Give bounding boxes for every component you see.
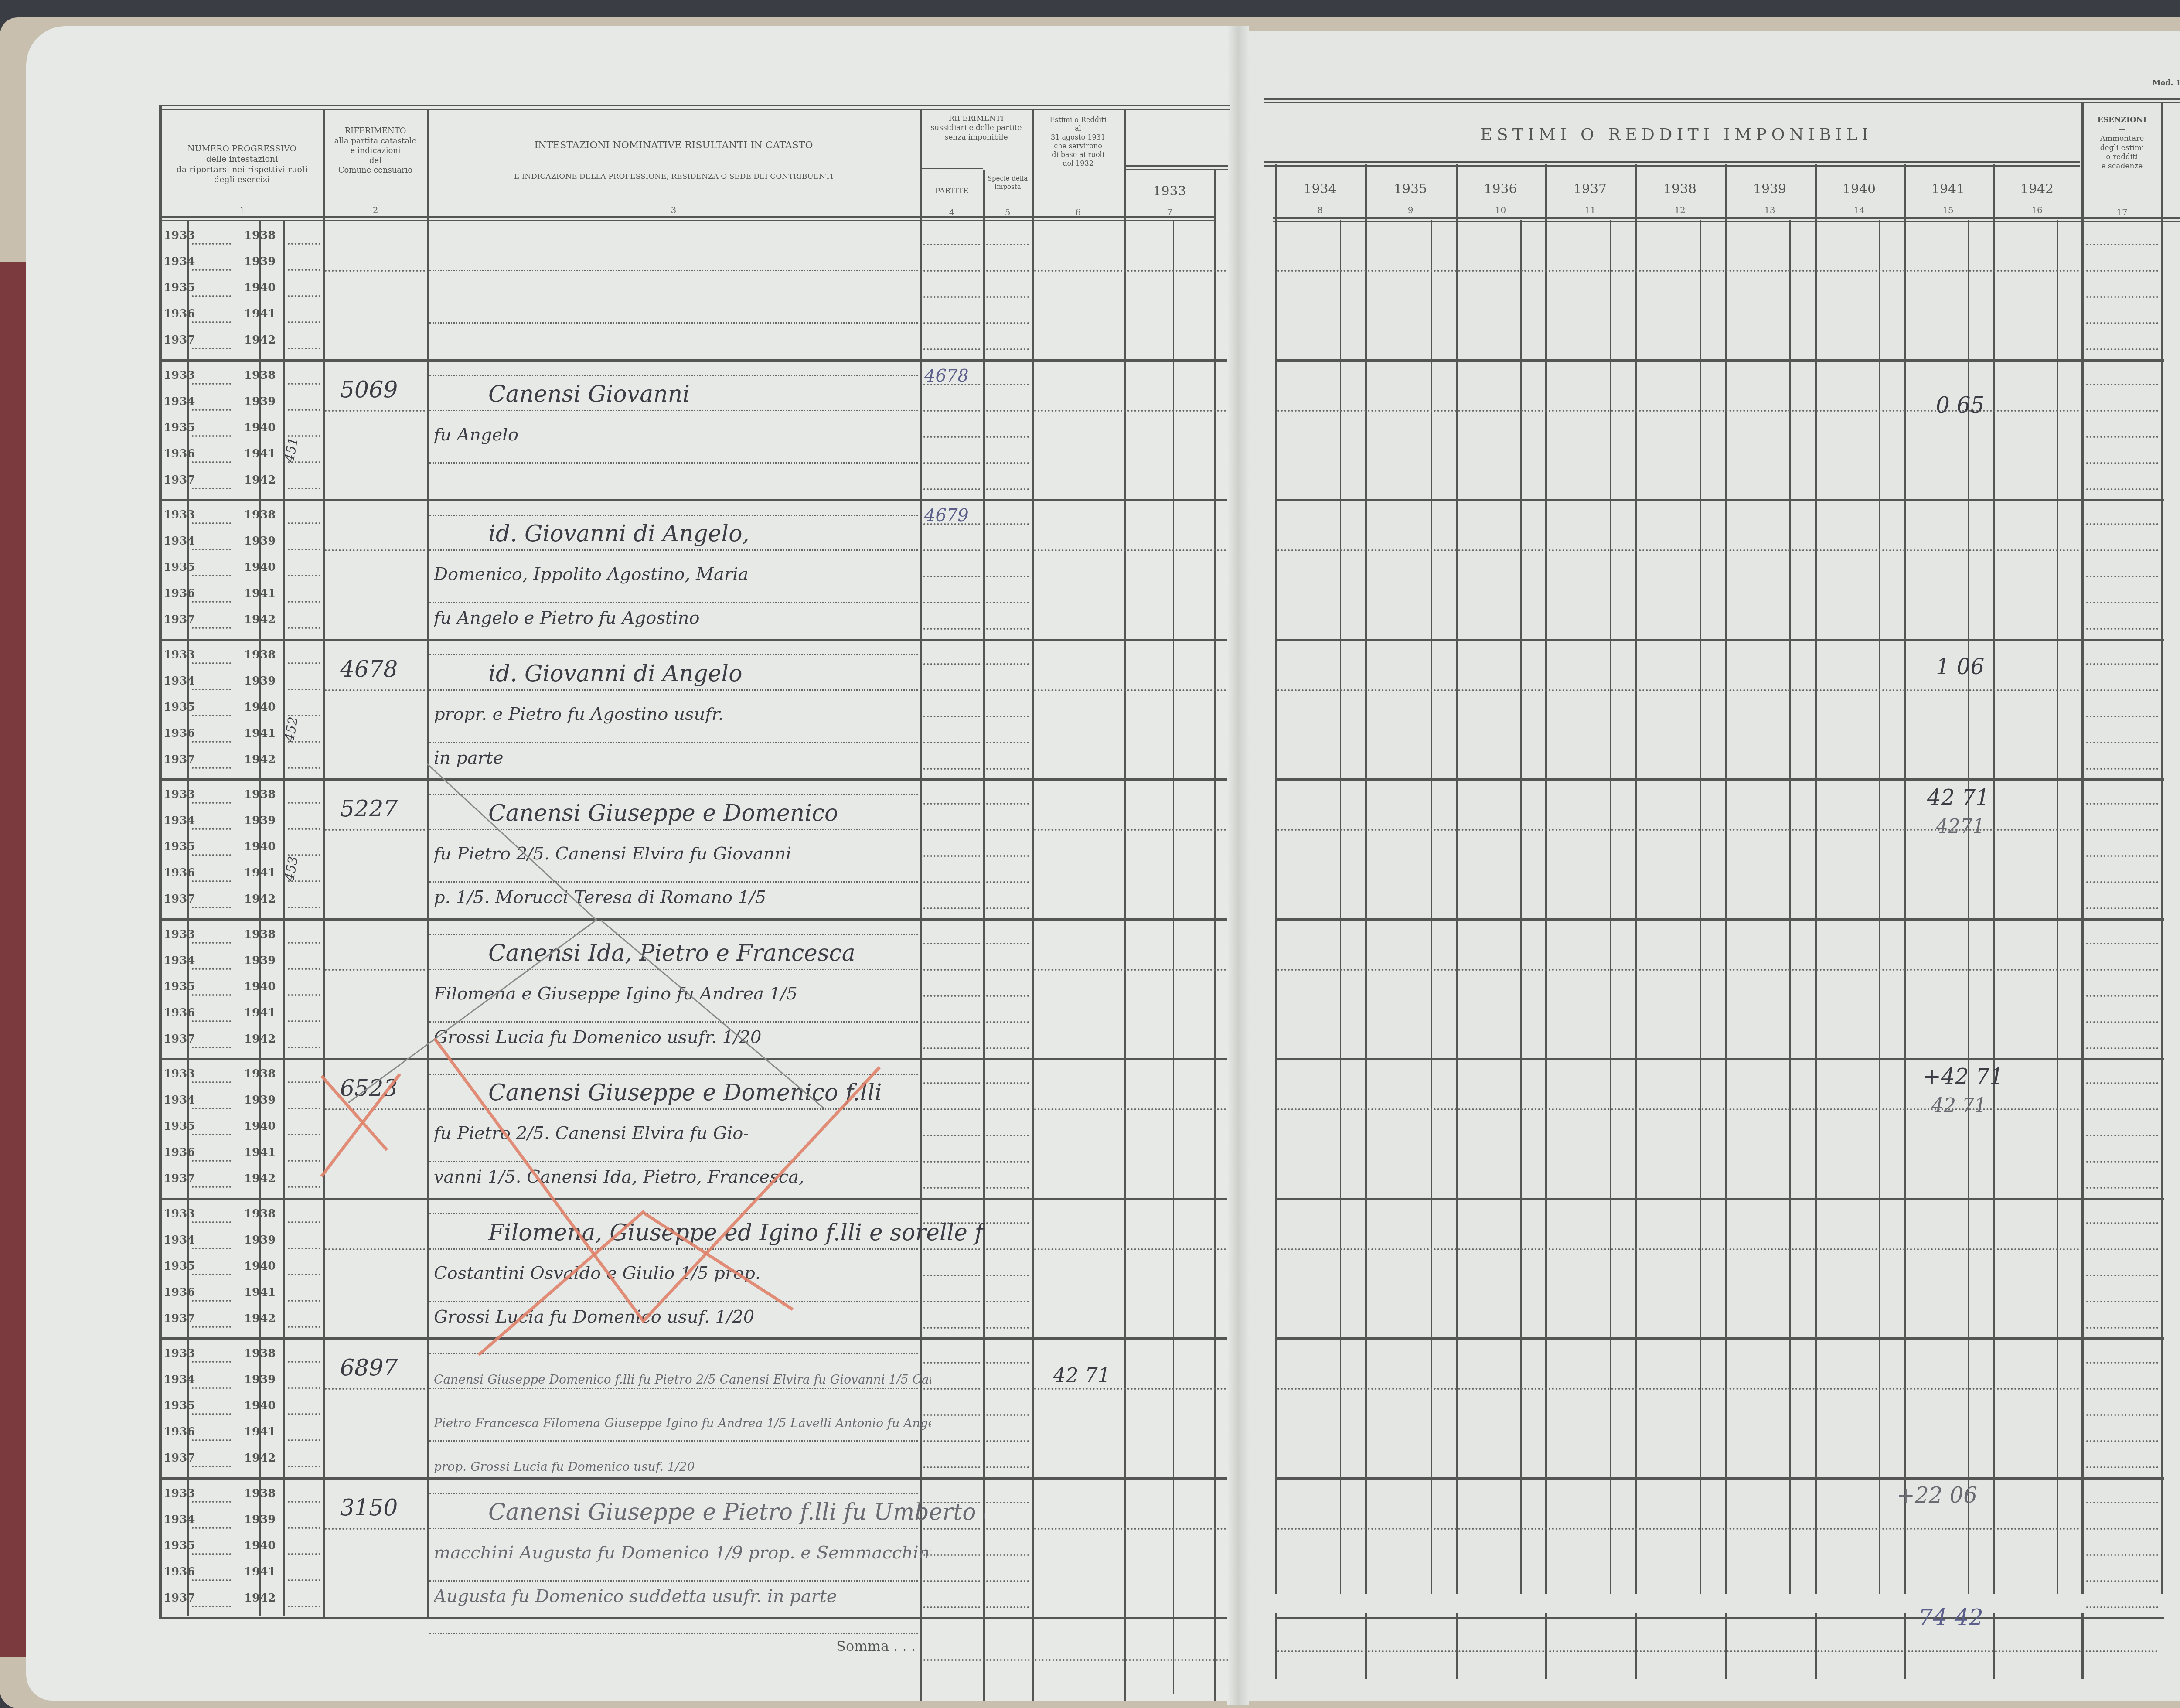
- writing-line: [429, 515, 918, 516]
- year-label: 1938: [244, 369, 276, 382]
- year-label: 1935: [163, 1260, 195, 1273]
- dotted-line: [2086, 1187, 2158, 1189]
- year-label: 1934: [163, 395, 195, 408]
- year-label: 1939: [244, 255, 276, 268]
- year-label: 1942: [244, 753, 276, 766]
- year-label: 1936: [163, 447, 195, 460]
- dotted-line: [2086, 1606, 2158, 1608]
- dotted-line: [2086, 1161, 2158, 1163]
- dotted-line: [1034, 1248, 1226, 1250]
- block-separator: [1275, 1477, 2164, 1480]
- dotted-line: [2086, 1275, 2158, 1276]
- dotted-line: [986, 1161, 1029, 1163]
- dotted-line: [288, 907, 320, 908]
- header-year-1933: 1933: [1125, 183, 1214, 200]
- year-label: 1942: [244, 1592, 276, 1605]
- dotted-line: [2086, 907, 2158, 909]
- year-label: 1935: [163, 281, 195, 294]
- dotted-line: [288, 968, 320, 970]
- year-label: 1934: [163, 1373, 195, 1386]
- intestazione-line: prop. Grossi Lucia fu Domenico usuf. 1/2…: [434, 1459, 695, 1474]
- writing-line: [429, 689, 918, 691]
- year-label: 1942: [244, 613, 276, 626]
- dotted-line: [986, 742, 1029, 743]
- year-label: 1941: [244, 866, 276, 880]
- dotted-line: [2086, 1528, 2158, 1530]
- dotted-line: [2086, 1502, 2158, 1503]
- dotted-line: [1034, 689, 1226, 691]
- dotted-line: [2086, 296, 2158, 298]
- year-label: 1937: [163, 474, 195, 487]
- year-label: 1940: [244, 701, 276, 714]
- intestazione-line: Filomena e Giuseppe Igino fu Andrea 1/5: [434, 984, 797, 1004]
- writing-line: [429, 1528, 918, 1529]
- year-label: 1935: [163, 1399, 195, 1412]
- year-label: 1933: [163, 928, 195, 941]
- year-label: 1939: [244, 535, 276, 548]
- left-border: [159, 105, 162, 1618]
- intestazione-line: Pietro Francesca Filomena Giuseppe Igino…: [434, 1416, 931, 1430]
- dotted-line: [923, 1440, 980, 1442]
- year-header: 1936: [1456, 181, 1545, 198]
- dotted-line: [923, 628, 980, 630]
- dotted-line: [192, 435, 231, 437]
- year-label: 1937: [163, 613, 195, 626]
- dotted-line: [192, 1300, 231, 1302]
- intestazione-line: Augusta fu Domenico suddetta usufr. in p…: [434, 1586, 837, 1606]
- section-title: ESTIMI O REDDITI IMPONIBILI: [1273, 124, 2080, 145]
- dotted-line: [923, 1248, 980, 1250]
- dotted-line: [986, 384, 1029, 385]
- column-number: 14: [1815, 205, 1904, 215]
- dotted-line: [288, 522, 320, 524]
- dotted-line: [986, 348, 1029, 350]
- year-label: 1935: [163, 980, 195, 993]
- dotted-line: [325, 270, 425, 272]
- dotted-line: [986, 829, 1029, 831]
- dotted-line: [986, 768, 1029, 770]
- dotted-line: [986, 1082, 1029, 1084]
- dotted-line: [2086, 488, 2158, 490]
- dotted-line: [2086, 663, 2158, 665]
- year-label: 1941: [244, 587, 276, 600]
- sum-col-divider: [1635, 1613, 1637, 1679]
- year-label: 1934: [163, 255, 195, 268]
- dotted-line: [2086, 742, 2158, 743]
- year-col-divider: [1456, 164, 1458, 1594]
- dotted-line: [288, 1387, 320, 1389]
- dotted-line: [288, 1553, 320, 1555]
- dotted-line: [986, 716, 1029, 717]
- dotted-line: [288, 1134, 320, 1135]
- dotted-line: [923, 969, 980, 971]
- writing-line: [429, 1440, 918, 1442]
- dotted-line: [986, 803, 1029, 805]
- dotted-line: [192, 1606, 231, 1607]
- dotted-line: [923, 1388, 980, 1390]
- year-header: 1939: [1725, 181, 1815, 198]
- dotted-line: [325, 1248, 425, 1250]
- header-esenzioni: ESENZIONI — Ammontare degli estimi o red…: [2083, 116, 2161, 171]
- dotted-line: [923, 410, 980, 412]
- dotted-line: [923, 907, 980, 909]
- dotted-line: [192, 1501, 231, 1503]
- intestazione-line: fu Pietro 2/5. Canensi Elvira fu Gio-: [434, 1123, 749, 1143]
- year-label: 1938: [244, 648, 276, 661]
- dotted-line: [1034, 1528, 1226, 1530]
- dotted-line: [192, 295, 231, 297]
- column-number: 1: [161, 205, 323, 215]
- year-label: 1939: [244, 954, 276, 967]
- dotted-line: [986, 907, 1029, 909]
- dotted-line: [288, 1300, 320, 1302]
- year-col-divider: [1635, 164, 1637, 1594]
- dotted-line: [2086, 348, 2158, 350]
- dotted-line: [2086, 943, 2158, 944]
- dotted-line: [288, 383, 320, 385]
- dotted-line: [2086, 1388, 2158, 1390]
- writing-line: [429, 410, 918, 411]
- column-number: 2: [325, 205, 426, 215]
- year-label: 1935: [163, 421, 195, 434]
- header-intestazioni-sub: E INDICAZIONE DELLA PROFESSIONE, RESIDEN…: [429, 172, 918, 181]
- dotted-line: [2086, 244, 2158, 245]
- dotted-line: [986, 969, 1029, 971]
- dotted-line: [923, 1161, 980, 1163]
- dotted-line: [1034, 829, 1226, 831]
- dotted-line: [1277, 689, 2080, 691]
- year-header: 1940: [1815, 181, 1904, 198]
- dotted-line: [923, 1414, 980, 1416]
- writing-line: [429, 829, 918, 830]
- year-col-divider: [1815, 164, 1817, 1594]
- dotted-line: [1034, 1388, 1226, 1390]
- dotted-line: [288, 295, 320, 297]
- year-label: 1938: [244, 229, 276, 242]
- year-label: 1938: [244, 1207, 276, 1220]
- dotted-line: [923, 1021, 980, 1023]
- dotted-line: [288, 488, 320, 489]
- year-label: 1936: [163, 866, 195, 880]
- dotted-line: [2086, 628, 2158, 630]
- dotted-line: [2086, 1248, 2158, 1250]
- dotted-line: [923, 995, 980, 997]
- header-riferimenti: RIFERIMENTI sussidiari e delle partite s…: [921, 114, 1032, 142]
- dotted-line: [288, 348, 320, 349]
- col-divider: [2161, 102, 2163, 1594]
- block-separator: [159, 1198, 1227, 1200]
- dotted-line: [192, 1579, 231, 1581]
- year-label: 1941: [244, 1425, 276, 1439]
- year-label: 1937: [163, 1172, 195, 1185]
- dotted-line: [986, 244, 1029, 245]
- writing-line: [429, 881, 918, 883]
- value-1941: +42 71: [1923, 1064, 2003, 1089]
- writing-line: [429, 969, 918, 970]
- dotted-line: [192, 1047, 231, 1048]
- dotted-line: [986, 663, 1029, 665]
- dotted-line: [2086, 1440, 2158, 1442]
- dotted-line: [2086, 1466, 2158, 1468]
- year-header: 1934: [1275, 181, 1365, 198]
- riferimento-number: 5227: [340, 796, 398, 822]
- dotted-line: [986, 1606, 1029, 1608]
- column-number: 10: [1456, 205, 1545, 215]
- dotted-line: [1277, 270, 2080, 272]
- dotted-line: [2086, 1135, 2158, 1136]
- year-col-divider: [1545, 164, 1547, 1594]
- dotted-line: [288, 1579, 320, 1581]
- column-number: 16: [1993, 205, 2081, 215]
- intestazione-line: propr. e Pietro fu Agostino usufr.: [434, 704, 723, 724]
- dotted-line: [986, 1248, 1029, 1250]
- column-number: 8: [1275, 205, 1365, 215]
- block-separator: [159, 639, 1227, 641]
- col-divider: [2081, 102, 2084, 1594]
- column-number: 9: [1365, 205, 1456, 215]
- dotted-line: [2086, 803, 2158, 805]
- year-label: 1941: [244, 727, 276, 740]
- dotted-line: [192, 1466, 231, 1467]
- intestazione-line: id. Giovanni di Angelo,: [488, 521, 749, 547]
- dotted-line: [986, 1414, 1029, 1416]
- writing-line: [429, 1301, 918, 1302]
- year-label: 1938: [244, 928, 276, 941]
- year-label: 1939: [244, 395, 276, 408]
- writing-line: [429, 1161, 918, 1162]
- intestazione-line: Canensi Giuseppe Domenico f.lli fu Pietr…: [434, 1372, 931, 1387]
- dotted-line: [288, 1047, 320, 1048]
- column-number: 11: [1545, 205, 1635, 215]
- year-label: 1933: [163, 1207, 195, 1220]
- writing-line: [429, 322, 918, 324]
- right-page: [1238, 31, 2180, 1701]
- dotted-line: [288, 243, 320, 245]
- dotted-line: [986, 322, 1029, 324]
- year-label: 1939: [244, 1513, 276, 1526]
- dotted-line: [2086, 1047, 2158, 1049]
- dotted-line: [288, 409, 320, 411]
- year-label: 1940: [244, 561, 276, 574]
- dotted-line: [192, 802, 231, 804]
- dotted-line: [288, 994, 320, 996]
- block-separator: [159, 499, 1227, 501]
- dotted-line: [288, 1221, 320, 1223]
- dotted-line: [192, 549, 231, 550]
- column-number: 3: [429, 205, 918, 215]
- dotted-line: [2086, 768, 2158, 770]
- dotted-line: [192, 488, 231, 489]
- year-label: 1936: [163, 1286, 195, 1299]
- writing-line: [429, 1353, 918, 1354]
- dotted-line: [288, 435, 320, 437]
- estimi-value: 42 71: [1053, 1364, 1110, 1387]
- dotted-line: [986, 855, 1029, 857]
- year-label: 1933: [163, 1487, 195, 1500]
- dotted-line: [288, 1081, 320, 1083]
- col-divider: [1214, 170, 1216, 1701]
- year-label: 1933: [163, 1067, 195, 1081]
- writing-line: [429, 1108, 918, 1110]
- cents-divider: [1173, 220, 1174, 1694]
- dotted-line: [986, 1021, 1029, 1023]
- dotted-line: [986, 1327, 1029, 1329]
- value-1941-extra: 4271: [1936, 815, 1985, 838]
- dotted-line: [923, 943, 980, 944]
- dotted-line: [192, 880, 231, 882]
- year-label: 1935: [163, 701, 195, 714]
- dotted-line: [192, 321, 231, 323]
- dotted-line: [986, 488, 1029, 490]
- dotted-line: [923, 488, 980, 490]
- dotted-line: [986, 1388, 1029, 1390]
- year-label: 1935: [163, 1539, 195, 1552]
- writing-line: [429, 270, 918, 271]
- intestazione-line: Canensi Giuseppe e Domenico: [488, 800, 838, 826]
- dotted-line: [986, 881, 1029, 883]
- year-label: 1936: [163, 587, 195, 600]
- dotted-line: [325, 1528, 425, 1530]
- block-separator: [1275, 499, 2164, 501]
- year-label: 1940: [244, 1399, 276, 1412]
- dotted-line: [923, 1187, 980, 1189]
- writing-line: [429, 1633, 918, 1634]
- year-label: 1941: [244, 1286, 276, 1299]
- dotted-line: [2086, 829, 2158, 831]
- dotted-line: [986, 943, 1029, 944]
- dotted-line: [923, 270, 980, 272]
- dotted-line: [923, 716, 980, 717]
- year-label: 1936: [163, 1006, 195, 1019]
- year-label: 1941: [244, 447, 276, 460]
- dotted-line: [288, 549, 320, 550]
- writing-line: [429, 794, 918, 795]
- dotted-line: [288, 715, 320, 716]
- dotted-line: [288, 1439, 320, 1441]
- year-label: 1941: [244, 1565, 276, 1578]
- dotted-line: [2086, 410, 2158, 412]
- dotted-line: [986, 1135, 1029, 1136]
- dotted-line: [2086, 1362, 2158, 1364]
- year-label: 1936: [163, 307, 195, 320]
- dotted-line: [923, 348, 980, 350]
- column-number: 18: [2163, 207, 2180, 218]
- intestazione-line: Canensi Ida, Pietro e Francesca: [488, 940, 855, 966]
- year-label: 1940: [244, 1539, 276, 1552]
- col-divider: [983, 170, 985, 1701]
- dotted-line: [192, 1108, 231, 1109]
- riferimento-number: 3150: [340, 1495, 398, 1521]
- value-1941: +22 06: [1897, 1483, 1977, 1508]
- dotted-line: [1277, 1388, 2080, 1390]
- block-separator: [159, 1337, 1227, 1340]
- dotted-line: [192, 601, 231, 603]
- intestazione-line: Canensi Giuseppe e Domenico f.lli: [488, 1080, 882, 1106]
- dotted-line: [2086, 602, 2158, 603]
- dotted-line: [325, 829, 425, 831]
- intestazione-line: fu Angelo e Pietro fu Agostino: [434, 608, 700, 628]
- dotted-line: [192, 942, 231, 944]
- dotted-line: [192, 1361, 231, 1363]
- intestazione-line: Canensi Giuseppe e Pietro f.lli fu Umber…: [488, 1499, 985, 1525]
- dotted-line: [986, 1528, 1029, 1530]
- dotted-line: [192, 1186, 231, 1188]
- year-label: 1938: [244, 788, 276, 801]
- writing-line: [429, 934, 918, 935]
- year-label: 1935: [163, 840, 195, 853]
- header-estimi-1931: Estimi o Redditi al 31 agosto 1931 che s…: [1033, 116, 1123, 168]
- dotted-line: [288, 1501, 320, 1503]
- sum-col-divider: [1904, 1613, 1906, 1679]
- year-label: 1933: [163, 1347, 195, 1360]
- sum-dotted-line: [1277, 1650, 2158, 1652]
- riferimento-number: 5069: [340, 377, 398, 403]
- dotted-line: [923, 1275, 980, 1276]
- intestazione-line: Domenico, Ippolito Agostino, Maria: [434, 564, 749, 584]
- dotted-line: [986, 549, 1029, 551]
- block-separator: [1275, 1198, 2164, 1200]
- top-border: [1264, 98, 2180, 103]
- year-header: 1935: [1365, 181, 1456, 198]
- col-divider: [1124, 109, 1126, 1701]
- dotted-line: [288, 689, 320, 690]
- writing-line: [429, 1074, 918, 1075]
- dotted-line: [986, 296, 1029, 298]
- dotted-line: [288, 601, 320, 603]
- dotted-line: [288, 1248, 320, 1249]
- block-separator: [1275, 778, 2164, 781]
- block-separator: [1275, 639, 2164, 641]
- year-label: 1938: [244, 508, 276, 522]
- dotted-line: [288, 1527, 320, 1529]
- dotted-line: [986, 995, 1029, 997]
- dotted-line: [192, 1413, 231, 1415]
- dotted-line: [192, 1387, 231, 1389]
- total-1941: 74 42: [1918, 1605, 1983, 1631]
- dotted-line: [192, 1248, 231, 1249]
- dotted-line: [986, 576, 1029, 577]
- form-id: Mod. 111 - Imposte Dirette (Intercalare)…: [2115, 78, 2180, 88]
- value-1941: 0 65: [1936, 392, 1984, 418]
- dotted-line: [986, 1301, 1029, 1302]
- year-col-divider: [1904, 164, 1906, 1594]
- dotted-line: [986, 410, 1029, 412]
- header-split: [920, 168, 983, 169]
- dotted-line: [192, 1160, 231, 1162]
- dotted-line: [923, 768, 980, 770]
- block-separator: [1275, 1058, 2164, 1060]
- year-col-divider: [1365, 164, 1367, 1594]
- dotted-line: [192, 1274, 231, 1275]
- writing-line: [429, 602, 918, 603]
- dotted-line: [192, 828, 231, 830]
- dotted-line: [192, 1020, 231, 1022]
- dotted-line: [2086, 969, 2158, 971]
- writing-line: [429, 654, 918, 655]
- year-col-divider: [1993, 164, 1995, 1594]
- year-label: 1933: [163, 648, 195, 661]
- dotted-line: [923, 663, 980, 665]
- dotted-line: [923, 742, 980, 743]
- dotted-line: [2086, 855, 2158, 857]
- block-separator: [159, 918, 1227, 921]
- dotted-line: [2086, 995, 2158, 997]
- intestazione-line: Grossi Lucia fu Domenico usuf. 1/20: [434, 1307, 754, 1327]
- dotted-line: [288, 854, 320, 856]
- block-separator: [159, 778, 1227, 781]
- year-label: 1936: [163, 1146, 195, 1159]
- col-divider: [427, 109, 429, 1618]
